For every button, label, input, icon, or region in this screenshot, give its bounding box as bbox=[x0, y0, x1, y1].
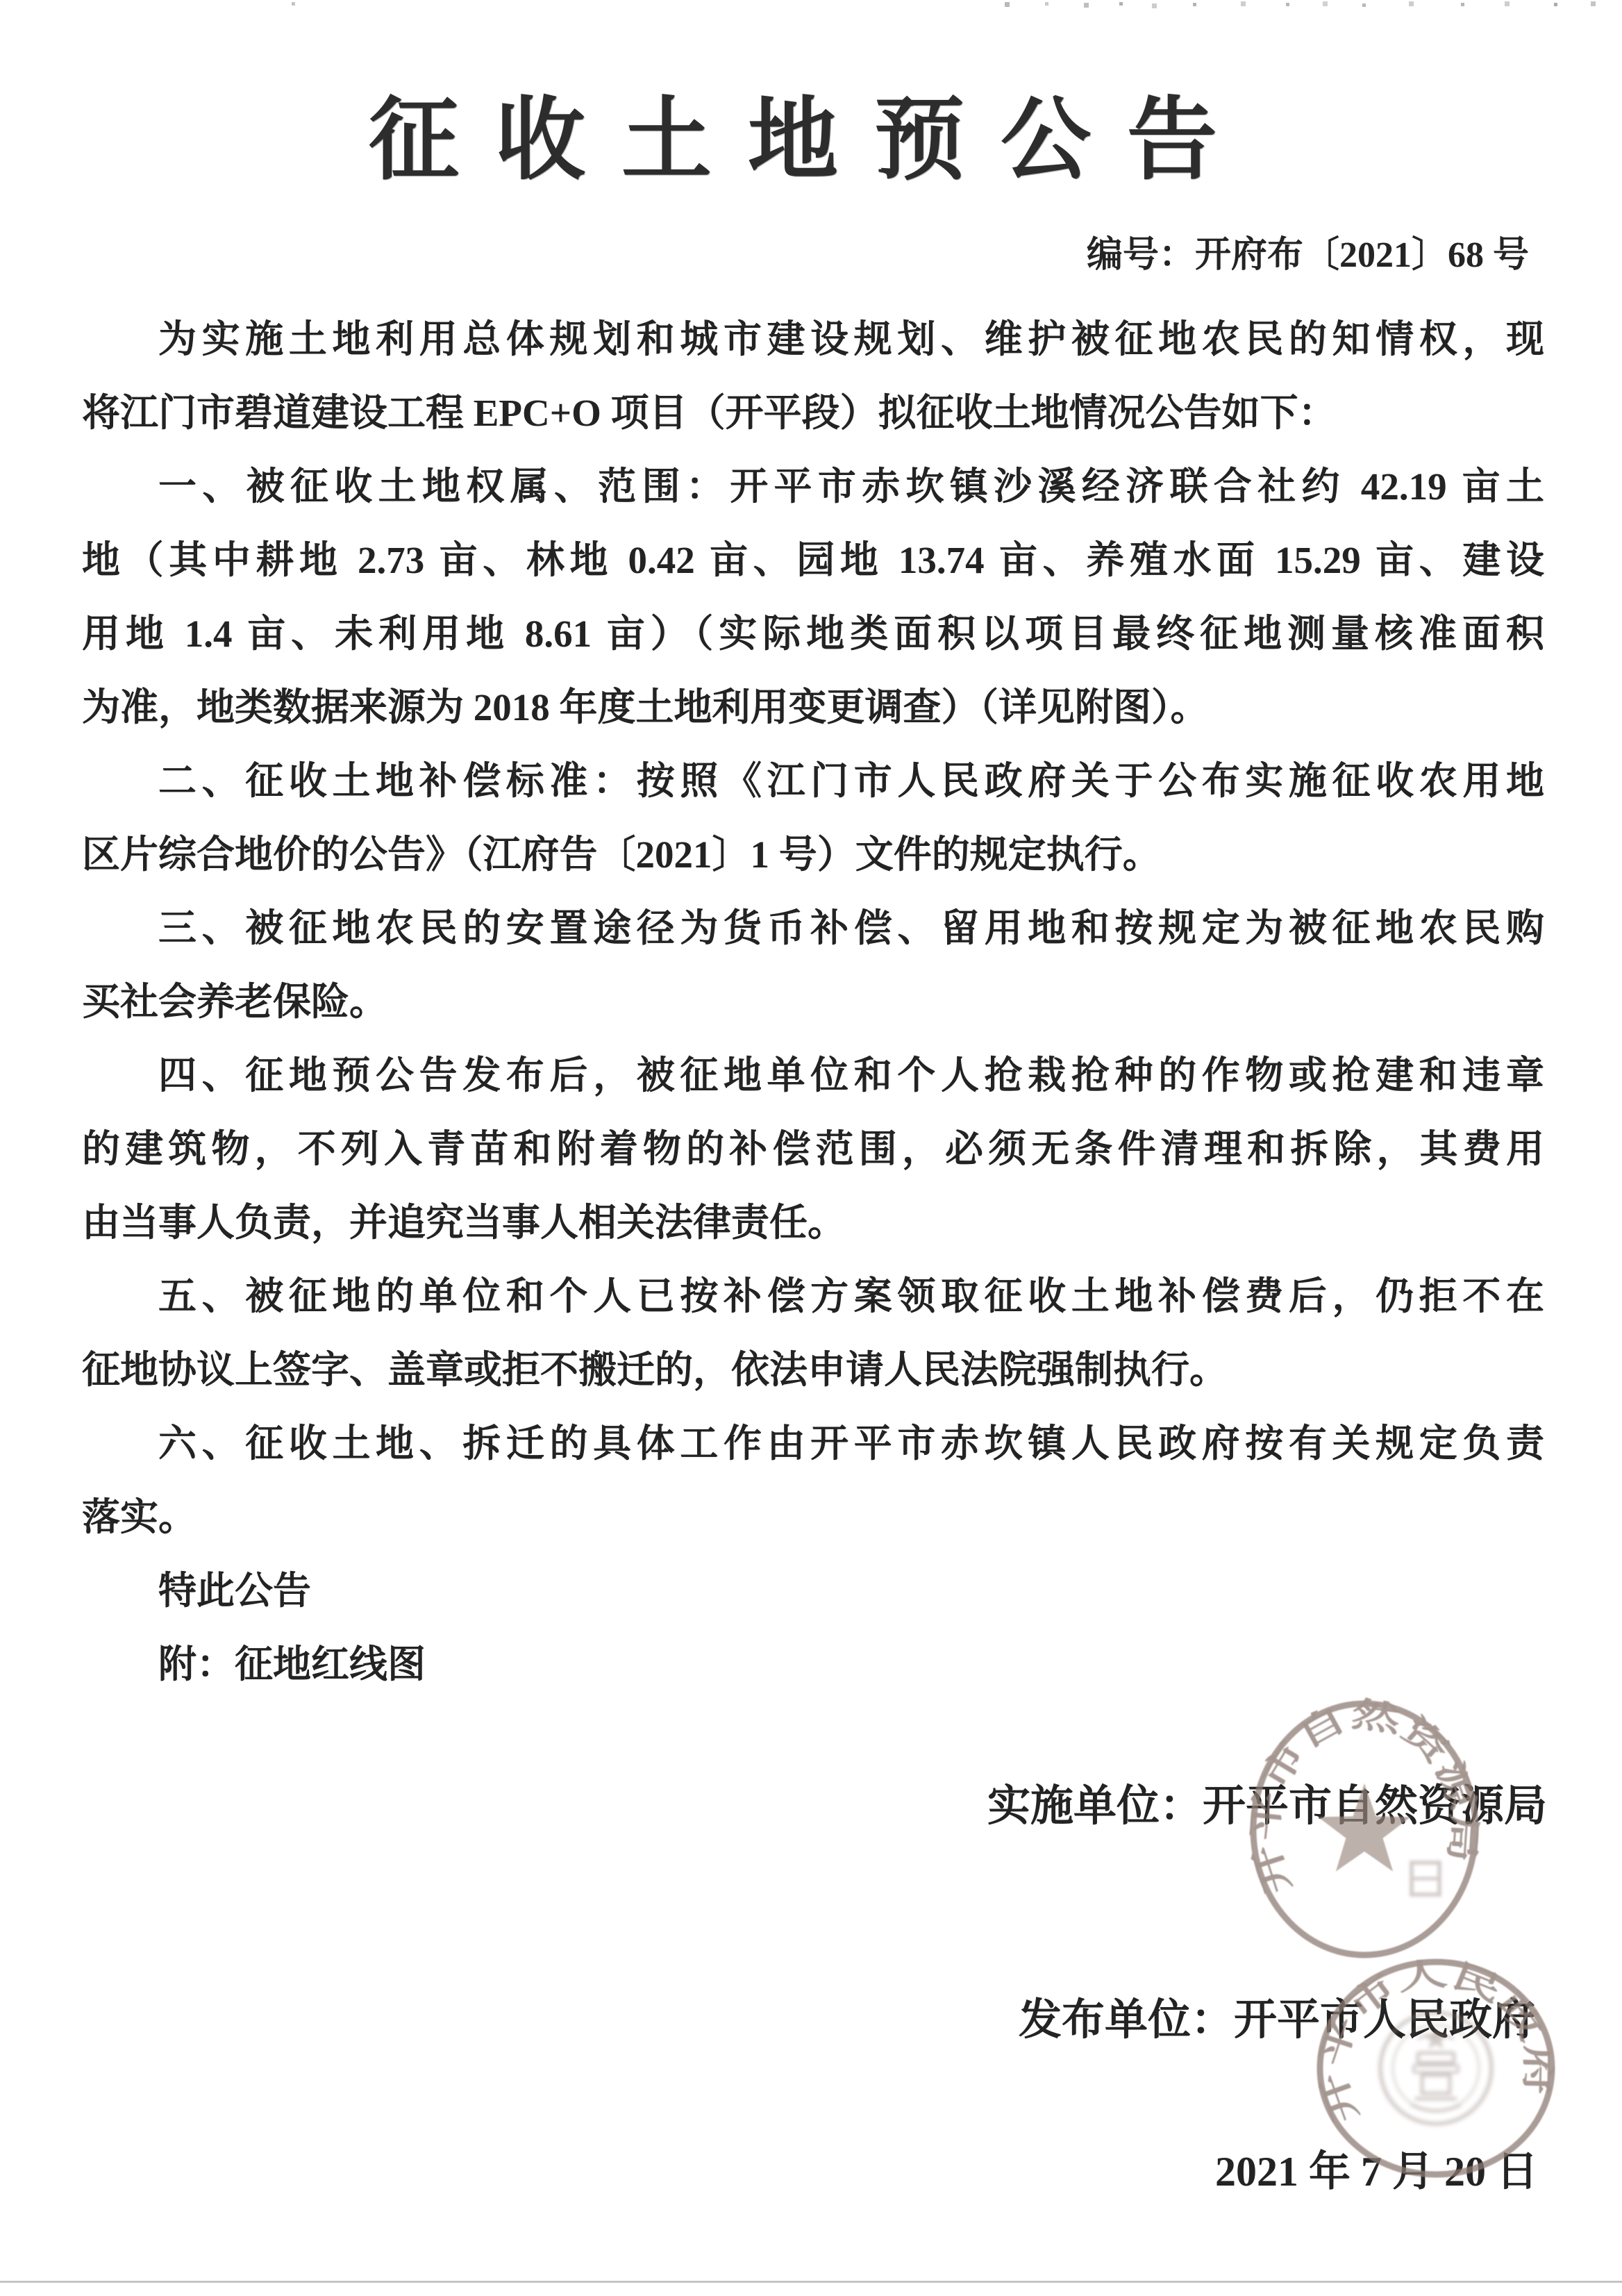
body-line: 将江门市碧道建设工程 EPC+O 项目（开平段）拟征收土地情况公告如下： bbox=[82, 376, 1544, 450]
natural-resources-seal: 开平市自然资源局 bbox=[1246, 1696, 1482, 1963]
body-line: 地（其中耕地 2.73 亩、林地 0.42 亩、园地 13.74 亩、养殖水面 … bbox=[82, 524, 1544, 597]
body-line: 附：征地红线图 bbox=[82, 1628, 1544, 1702]
body-line: 征地协议上签字、盖章或拒不搬迁的，依法申请人民法院强制执行。 bbox=[82, 1333, 1544, 1407]
scan-artifacts-top bbox=[0, 1, 3, 5]
body-line: 六、征收土地、拆迁的具体工作由开平市赤坎镇人民政府按有关规定负责 bbox=[82, 1407, 1544, 1481]
body-line: 用地 1.4 亩、未利用地 8.61 亩）（实际地类面积以项目最终征地测量核准面… bbox=[82, 597, 1544, 671]
body-line: 买社会养老保险。 bbox=[82, 965, 1544, 1039]
scanned-announcement-page: 征收土地预公告 编号：开府布〔2021〕68 号 为实施土地利用总体规划和城市建… bbox=[0, 0, 1622, 2296]
body-line: 为实施土地利用总体规划和城市建设规划、维护被征地农民的知情权，现 bbox=[82, 303, 1544, 376]
star-icon bbox=[1318, 1783, 1410, 1872]
body-line: 三、被征地农民的安置途径为货币补偿、留用地和按规定为被征地农民购 bbox=[82, 892, 1544, 965]
announcement-body: 为实施土地利用总体规划和城市建设规划、维护被征地农民的知情权，现将江门市碧道建设… bbox=[82, 303, 1544, 1702]
body-line: 为准，地类数据来源为 2018 年度土地利用变更调查）（详见附图）。 bbox=[82, 671, 1544, 744]
body-line: 四、征地预公告发布后，被征地单位和个人抢栽抢种的作物或抢建和违章 bbox=[82, 1039, 1544, 1113]
national-emblem-icon bbox=[1380, 2013, 1491, 2124]
government-seal: 开平市人民政府 bbox=[1314, 1954, 1558, 2183]
body-line: 由当事人负责，并追究当事人相关法律责任。 bbox=[82, 1186, 1544, 1260]
page-title: 征收土地预公告 bbox=[0, 89, 1622, 193]
seal-smudge bbox=[1412, 1863, 1439, 1895]
body-line: 的建筑物，不列入青苗和附着物的补偿范围，必须无条件清理和拆除，其费用 bbox=[82, 1113, 1544, 1186]
body-line: 特此公告 bbox=[82, 1554, 1544, 1628]
doc-number: 编号：开府布〔2021〕68 号 bbox=[1087, 233, 1529, 278]
scan-artifact-bottom-line bbox=[0, 2281, 1622, 2283]
body-line: 二、征收土地补偿标准：按照《江门市人民政府关于公布实施征收农用地 bbox=[82, 744, 1544, 818]
body-line: 五、被征地的单位和个人已按补偿方案领取征收土地补偿费后，仍拒不在 bbox=[82, 1260, 1544, 1333]
body-line: 一、被征收土地权属、范围：开平市赤坎镇沙溪经济联合社约 42.19 亩土 bbox=[82, 450, 1544, 524]
body-line: 落实。 bbox=[82, 1481, 1544, 1554]
body-line: 区片综合地价的公告》（江府告〔2021〕1 号）文件的规定执行。 bbox=[82, 818, 1544, 892]
